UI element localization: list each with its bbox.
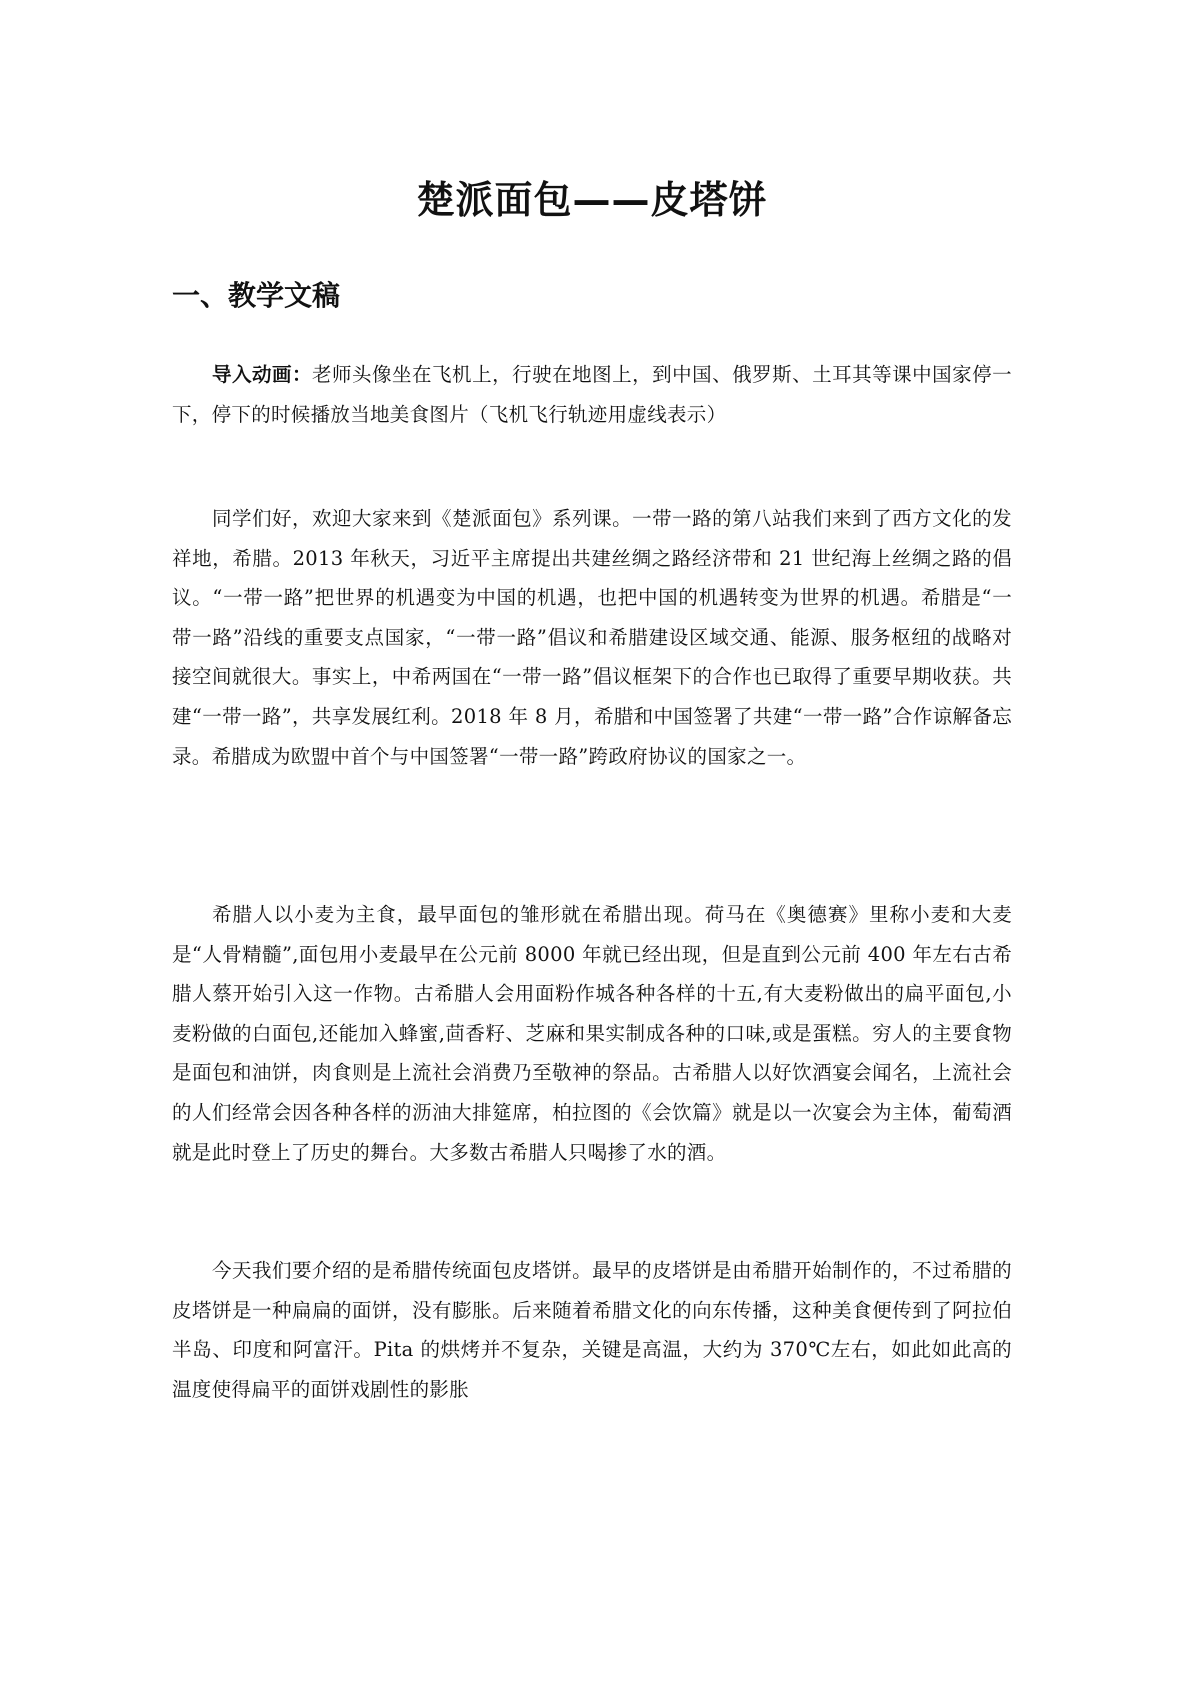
intro-label: 导入动画： bbox=[212, 363, 312, 386]
body-paragraph: 今天我们要介绍的是希腊传统面包皮塔饼。最早的皮塔饼是由希腊开始制作的，不过希腊的… bbox=[172, 1251, 1012, 1409]
body-paragraph: 希腊人以小麦为主食，最早面包的雏形就在希腊出现。荷马在《奥德赛》里称小麦和大麦是… bbox=[172, 895, 1012, 1172]
body-paragraph: 同学们好，欢迎大家来到《楚派面包》系列课。一带一路的第八站我们来到了西方文化的发… bbox=[172, 499, 1012, 776]
document-title: 楚派面包——皮塔饼 bbox=[172, 175, 1012, 225]
intro-paragraph: 导入动画：老师头像坐在飞机上，行驶在地图上，到中国、俄罗斯、土耳其等课中国家停一… bbox=[172, 355, 1012, 434]
section-heading: 一、教学文稿 bbox=[172, 276, 340, 316]
